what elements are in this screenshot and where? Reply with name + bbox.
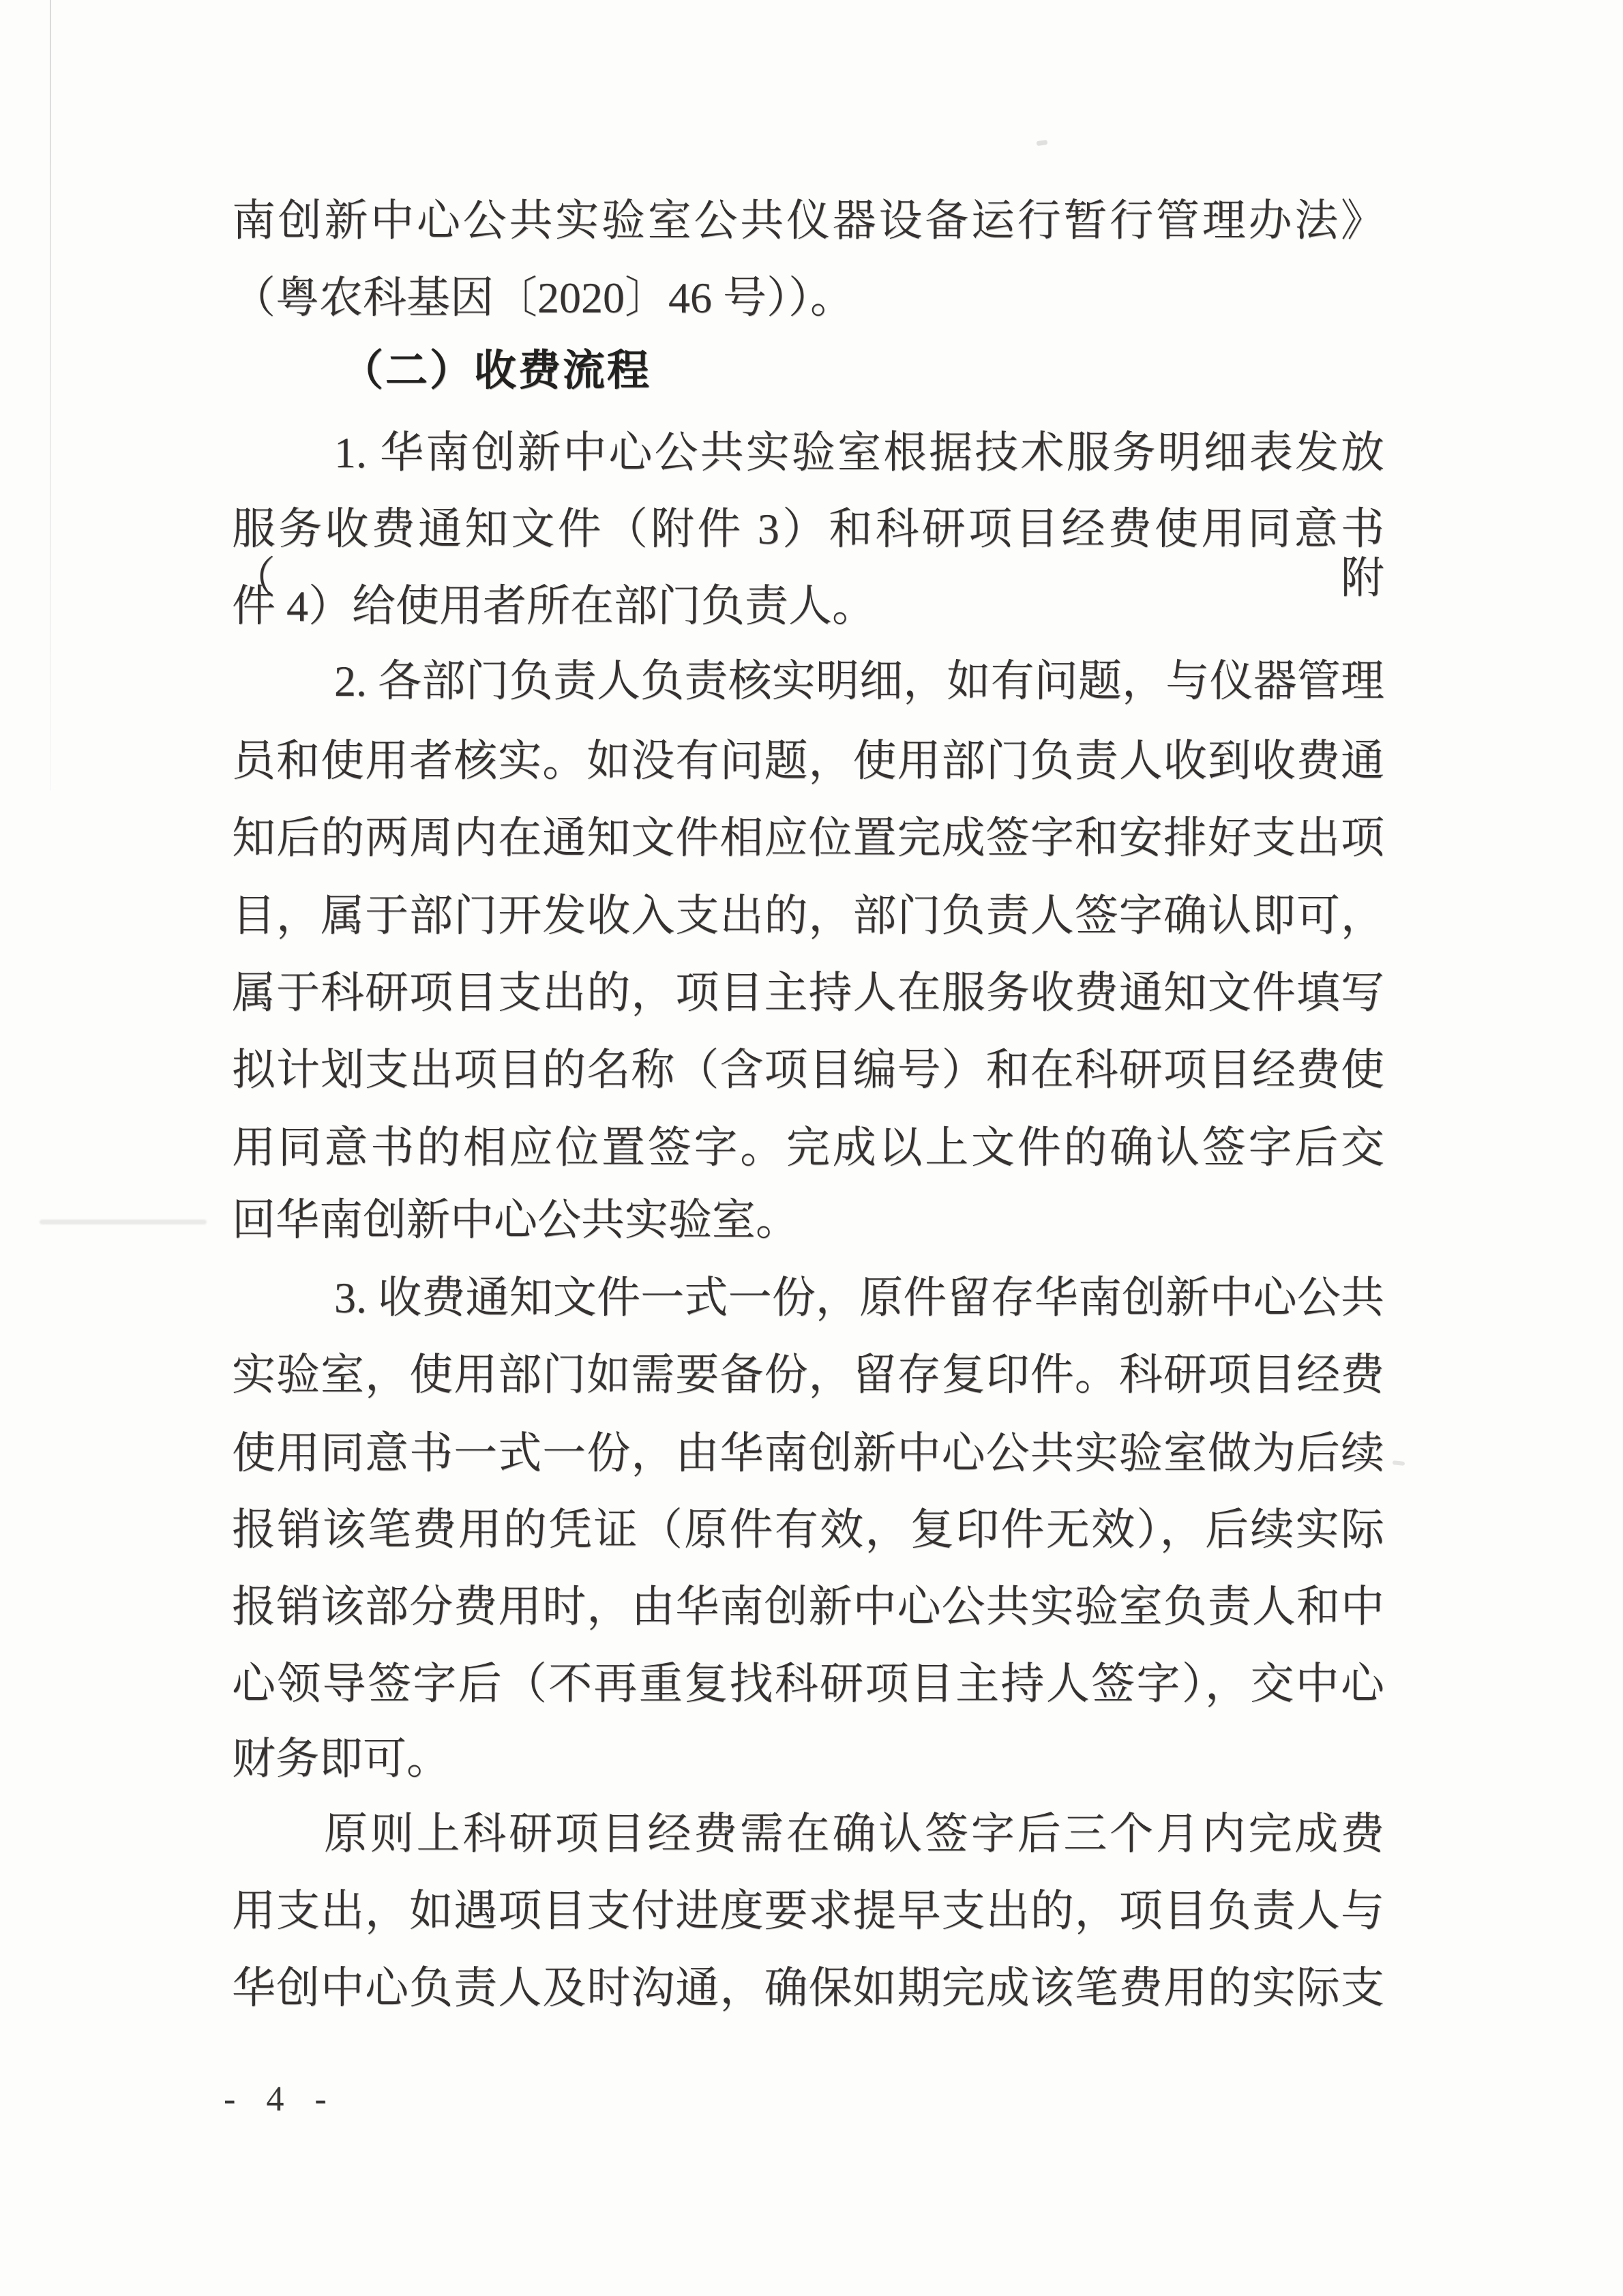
text-line: 拟计划支出项目的名称（含项目编号）和在科研项目经费使 [232,1046,1384,1095]
text-line: 件 4）给使用者所在部门负责人。 [232,582,1384,631]
text-line: 3. 收费通知文件一式一份，原件留存华南创新中心公共 [232,1274,1384,1323]
text-line: 报销该笔费用的凭证（原件有效，复印件无效），后续实际 [232,1505,1384,1555]
text-line: 原则上科研项目经费需在确认签字后三个月内完成费 [232,1810,1384,1859]
text-line: 2. 各部门负责人负责核实明细，如有问题，与仪器管理 [232,657,1384,706]
text-line: 南创新中心公共实验室公共仪器设备运行暂行管理办法》 [232,196,1384,246]
text-line: 报销该部分费用时，由华南创新中心公共实验室负责人和中 [232,1583,1384,1632]
text-line: 使用同意书一式一份，由华南创新中心公共实验室做为后续 [232,1429,1384,1478]
text-line: 目，属于部门开发收入支出的，部门负责人签字确认即可， [232,892,1384,941]
text-line: 1. 华南创新中心公共实验室根据技术服务明细表发放 [232,428,1384,477]
text-line: 用支出，如遇项目支付进度要求提早支出的，项目负责人与 [232,1887,1384,1936]
text-line: 财务即可。 [232,1735,1384,1784]
text-line: 华创中心负责人及时沟通，确保如期完成该笔费用的实际支 [232,1964,1384,2013]
text-line: 知后的两周内在通知文件相应位置完成签字和安排好支出项 [232,814,1384,863]
text-line: 心领导签字后（不再重复找科研项目主持人签字），交中心 [232,1660,1384,1709]
scan-artifact-smudge [40,1220,207,1224]
page-number: - 4 - [224,2079,338,2119]
text-line: （粤农科基因〔2020〕46 号））。 [232,274,1384,323]
scan-artifact-speck [1393,1460,1405,1466]
text-line: 实验室，使用部门如需要备份，留存复印件。科研项目经费 [232,1351,1384,1400]
section-heading: （二）收费流程 [232,347,1384,396]
text-line: 属于科研项目支出的，项目主持人在服务收费通知文件填写 [232,969,1384,1018]
text-line: 员和使用者核实。如没有问题，使用部门负责人收到收费通 [232,737,1384,786]
text-line: 用同意书的相应位置签字。完成以上文件的确认签字后交 [232,1123,1384,1173]
scanned-document-page: 南创新中心公共实验室公共仪器设备运行暂行管理办法》 （粤农科基因〔2020〕46… [0,0,1623,2296]
scan-artifact-vertical-line [50,0,51,791]
scan-artifact-speck [1037,140,1048,146]
text-line: 回华南创新中心公共实验室。 [232,1196,1384,1245]
